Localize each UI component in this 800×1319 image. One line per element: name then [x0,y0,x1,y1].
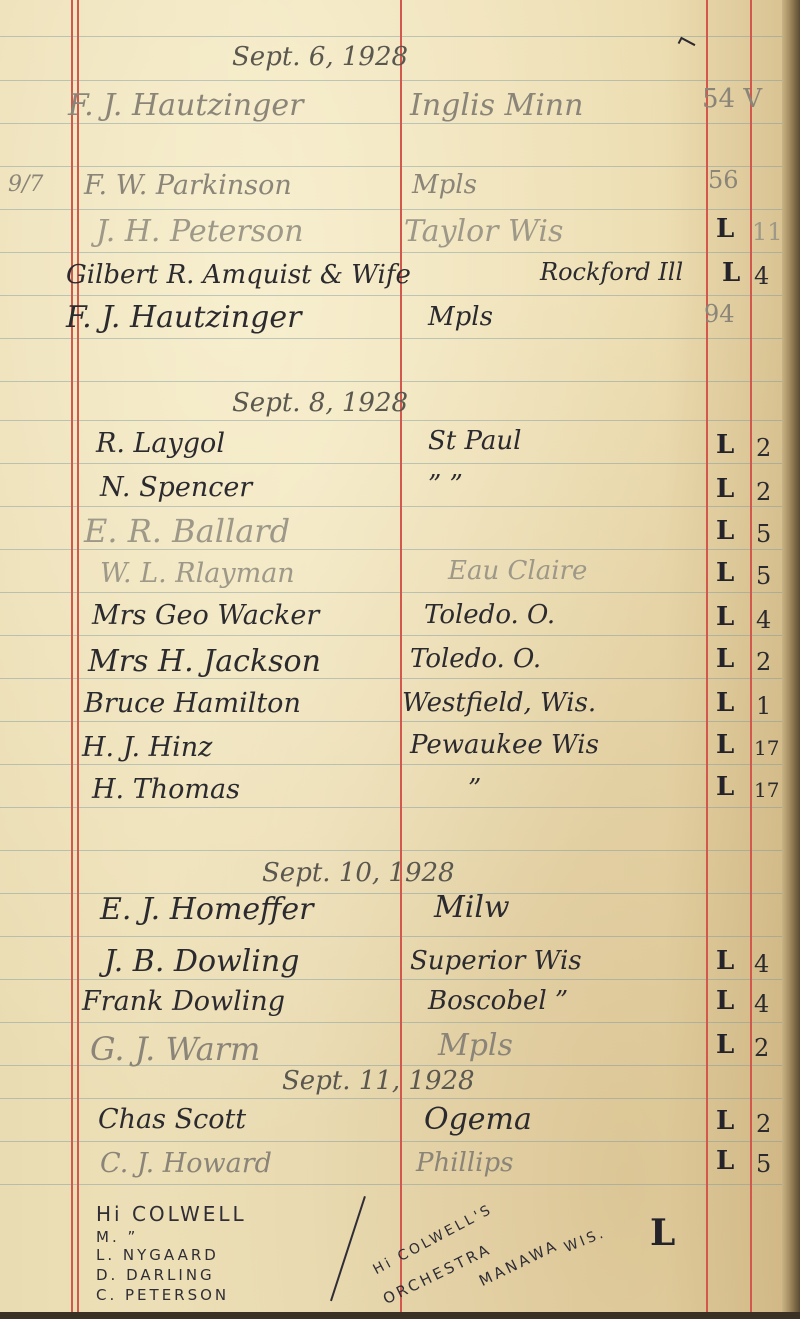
check-mark: L [716,214,734,244]
room-number: 5 [756,562,771,590]
room-number: 2 [756,434,771,462]
check-mark: L [716,688,734,718]
ruled-line [0,1022,782,1023]
room-number: 5 [756,1150,771,1178]
check-mark: L [716,430,734,460]
section-date: Sept. 6, 1928 [232,42,408,72]
ruled-line [0,166,782,167]
guest-name: Bruce Hamilton [84,688,301,719]
guest-residence: Phillips [416,1148,514,1178]
check-mark: L [716,474,734,504]
guest-name: E. R. Ballard [84,512,290,550]
section-date: Sept. 8, 1928 [232,388,408,418]
check-mark: L [716,772,734,802]
room-number: 1 [756,692,771,720]
guest-residence: Mpls [428,302,493,332]
guest-name: C. J. Howard [100,1148,272,1179]
room-number: 11 [752,218,782,246]
group-note-line: WIS. [562,1225,608,1256]
page-bottom-edge [0,1312,800,1319]
guest-residence: Westfield, Wis. [402,688,596,718]
column-rule [400,0,402,1312]
guest-name: J. B. Dowling [104,944,299,979]
guest-name: G. J. Warm [90,1030,260,1068]
ruled-line [0,80,782,81]
room-number: 54 V [702,84,762,114]
guest-name: H. J. Hinz [82,732,212,763]
ruled-line [0,36,782,37]
margin-note: 9/7 [8,172,43,197]
ruled-line [0,1098,782,1099]
register-page: ⌐ Sept. 6, 1928 F. J. Hautzinger Inglis … [0,0,782,1312]
guest-residence: Mpls [412,170,477,200]
room-number: 2 [756,648,771,676]
room-number: 4 [756,606,771,634]
room-number: 4 [754,262,769,290]
ruled-line [0,420,782,421]
page-edge [782,0,800,1319]
ruled-line [0,252,782,253]
check-mark: L [716,1106,734,1136]
check-mark: L [716,986,734,1016]
margin-rule [77,0,79,1312]
guest-name: Mrs H. Jackson [88,644,321,679]
guest-residence: Taylor Wis [404,214,563,249]
room-number: 17 [754,736,779,760]
check-mark: L [716,558,734,588]
ruled-line [0,123,782,124]
group-member-name: C. PETERSON [96,1286,229,1304]
ruled-line [0,381,782,382]
guest-name: F. W. Parkinson [84,170,292,201]
guest-residence: St Paul [428,426,521,456]
room-number: 2 [756,1110,771,1138]
room-number: 2 [754,1034,769,1062]
guest-name: Mrs Geo Wacker [92,600,319,631]
room-number: 4 [754,950,769,978]
section-date: Sept. 10, 1928 [262,858,455,888]
ruled-line [0,979,782,980]
guest-residence: Toledo. O. [410,644,541,674]
guest-residence: Toledo. O. [424,600,555,630]
guest-name: Gilbert R. Amquist & Wife [66,260,411,290]
check-mark: L [716,1146,734,1176]
guest-residence: ” ” [428,470,463,500]
check-mark: L [716,946,734,976]
check-mark: L [716,1030,734,1060]
column-rule [750,0,752,1312]
ruled-line [0,209,782,210]
check-mark: L [716,730,734,760]
check-mark: L [716,602,734,632]
ruled-line [0,506,782,507]
ruled-line [0,721,782,722]
ruled-line [0,1141,782,1142]
section-date: Sept. 11, 1928 [282,1066,475,1096]
ruled-line [0,764,782,765]
guest-residence: Rockford Ill [540,258,683,286]
guest-name: Chas Scott [98,1104,246,1135]
ink-blot: ⌐ [670,25,703,62]
guest-residence: Superior Wis [410,946,582,976]
ruled-line [0,592,782,593]
group-member-name: M. ” [96,1228,138,1246]
guest-name: J. H. Peterson [96,214,304,249]
check-mark: L [722,258,740,288]
guest-name: W. L. Rlayman [100,558,295,589]
group-member-name: Hi COLWELL [96,1202,247,1226]
group-member-name: L. NYGAARD [96,1246,219,1264]
bracket-stroke [330,1196,366,1301]
ruled-line [0,807,782,808]
guest-residence: Milw [434,890,510,925]
room-number: 17 [754,778,779,802]
guest-residence: Mpls [438,1028,513,1063]
guest-residence: Boscobel ” [428,986,568,1016]
ruled-line [0,635,782,636]
guest-residence: Eau Claire [448,556,587,586]
room-number: 56 [708,166,739,194]
ruled-line [0,936,782,937]
guest-name: H. Thomas [92,774,240,805]
guest-residence: ” [468,774,481,804]
column-rule [706,0,708,1312]
ruled-line [0,850,782,851]
margin-rule [71,0,73,1312]
check-mark: L [650,1212,675,1254]
ruled-line [0,338,782,339]
guest-residence: Pewaukee Wis [410,730,599,760]
room-number: 2 [756,478,771,506]
room-number: 94 [704,300,735,328]
guest-name: E. J. Homeffer [100,892,314,927]
room-number: 5 [756,520,771,548]
check-mark: L [716,644,734,674]
ruled-line [0,295,782,296]
group-member-name: D. DARLING [96,1266,215,1284]
guest-residence: Ogema [424,1102,532,1137]
guest-name: R. Laygol [96,428,225,459]
check-mark: L [716,516,734,546]
guest-name: F. J. Hautzinger [66,300,301,335]
guest-residence: Inglis Minn [410,88,583,123]
guest-name: Frank Dowling [82,986,285,1017]
ruled-line [0,463,782,464]
guest-name: N. Spencer [100,472,252,503]
guest-name: F. J. Hautzinger [68,88,303,123]
room-number: 4 [754,990,769,1018]
ruled-line [0,1184,782,1185]
